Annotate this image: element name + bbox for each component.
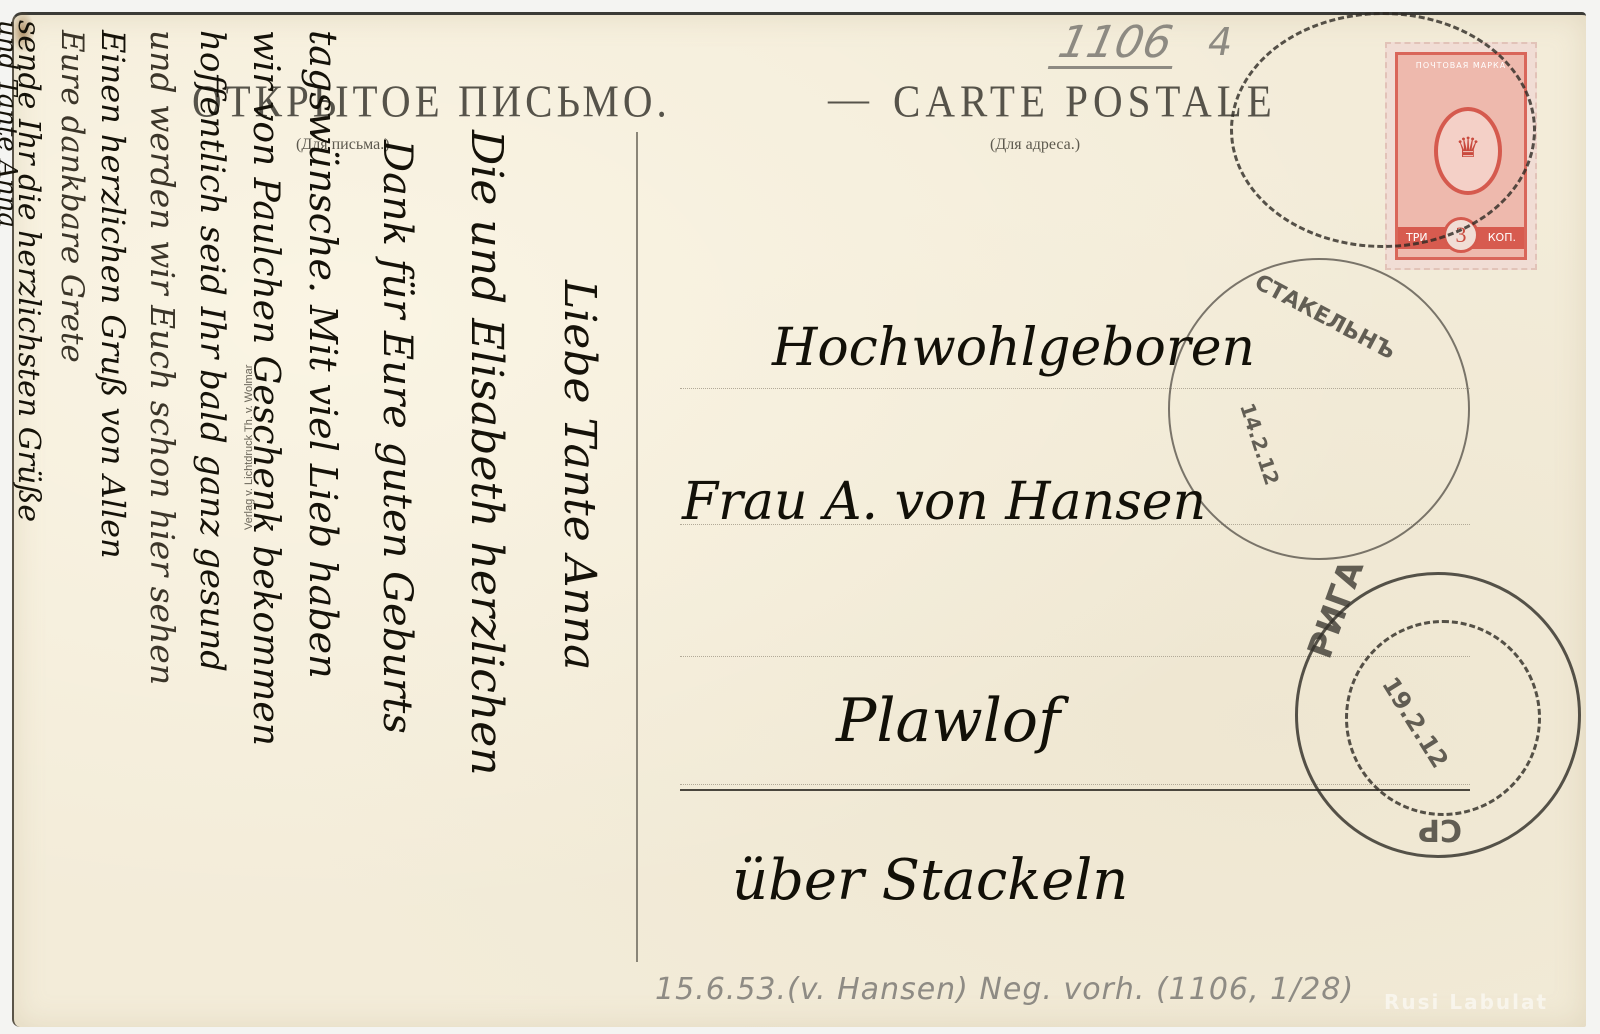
message-column: wir von Paulchen Geschenk bekommen (245, 30, 286, 746)
archive-number-suffix: 4 (1208, 20, 1232, 64)
address-area-label: (Для адреса.) (990, 136, 1080, 154)
address-line-4: über Stackeln (732, 848, 1128, 913)
message-column: Liebe Tante Anna (554, 280, 605, 670)
postmark-code: СР (1418, 812, 1462, 847)
postmark-ring (1230, 12, 1536, 248)
heading-dash: — (828, 74, 869, 122)
message-column: Eure dankbare Grete (54, 30, 90, 363)
address-line-2: Frau A. von Hansen (682, 472, 1206, 532)
address-line-3: Plawlof (836, 686, 1060, 756)
message-column: und werden wir Euch schon hier sehen (143, 30, 182, 685)
archive-note: 15.6.53.(v. Hansen) Neg. vorh. (1106, 1/… (655, 972, 1354, 1007)
stamp-value-right: КОП. (1488, 227, 1516, 249)
center-divider (636, 132, 638, 962)
postmark-inner-ring (1345, 620, 1541, 816)
message-column: Einen herzlichen Gruß von Allen (94, 30, 132, 559)
heading-french: CARTE POSTALE (893, 74, 1277, 128)
archive-number: 1106 (1048, 20, 1182, 69)
watermark: Rusi Labulat (1384, 990, 1548, 1014)
message-column: hoffentlich seid Ihr bald ganz gesund (192, 30, 232, 672)
message-column: und Tante Anna (0, 20, 22, 228)
address-line-1: Hochwohlgeboren (772, 318, 1255, 378)
message-column: tagswünsche. Mit viel Lieb haben (301, 30, 345, 679)
message-column: Die und Elisabeth herzlichen (461, 130, 512, 776)
message-column: Dank für Eure guten Geburts (374, 140, 420, 734)
